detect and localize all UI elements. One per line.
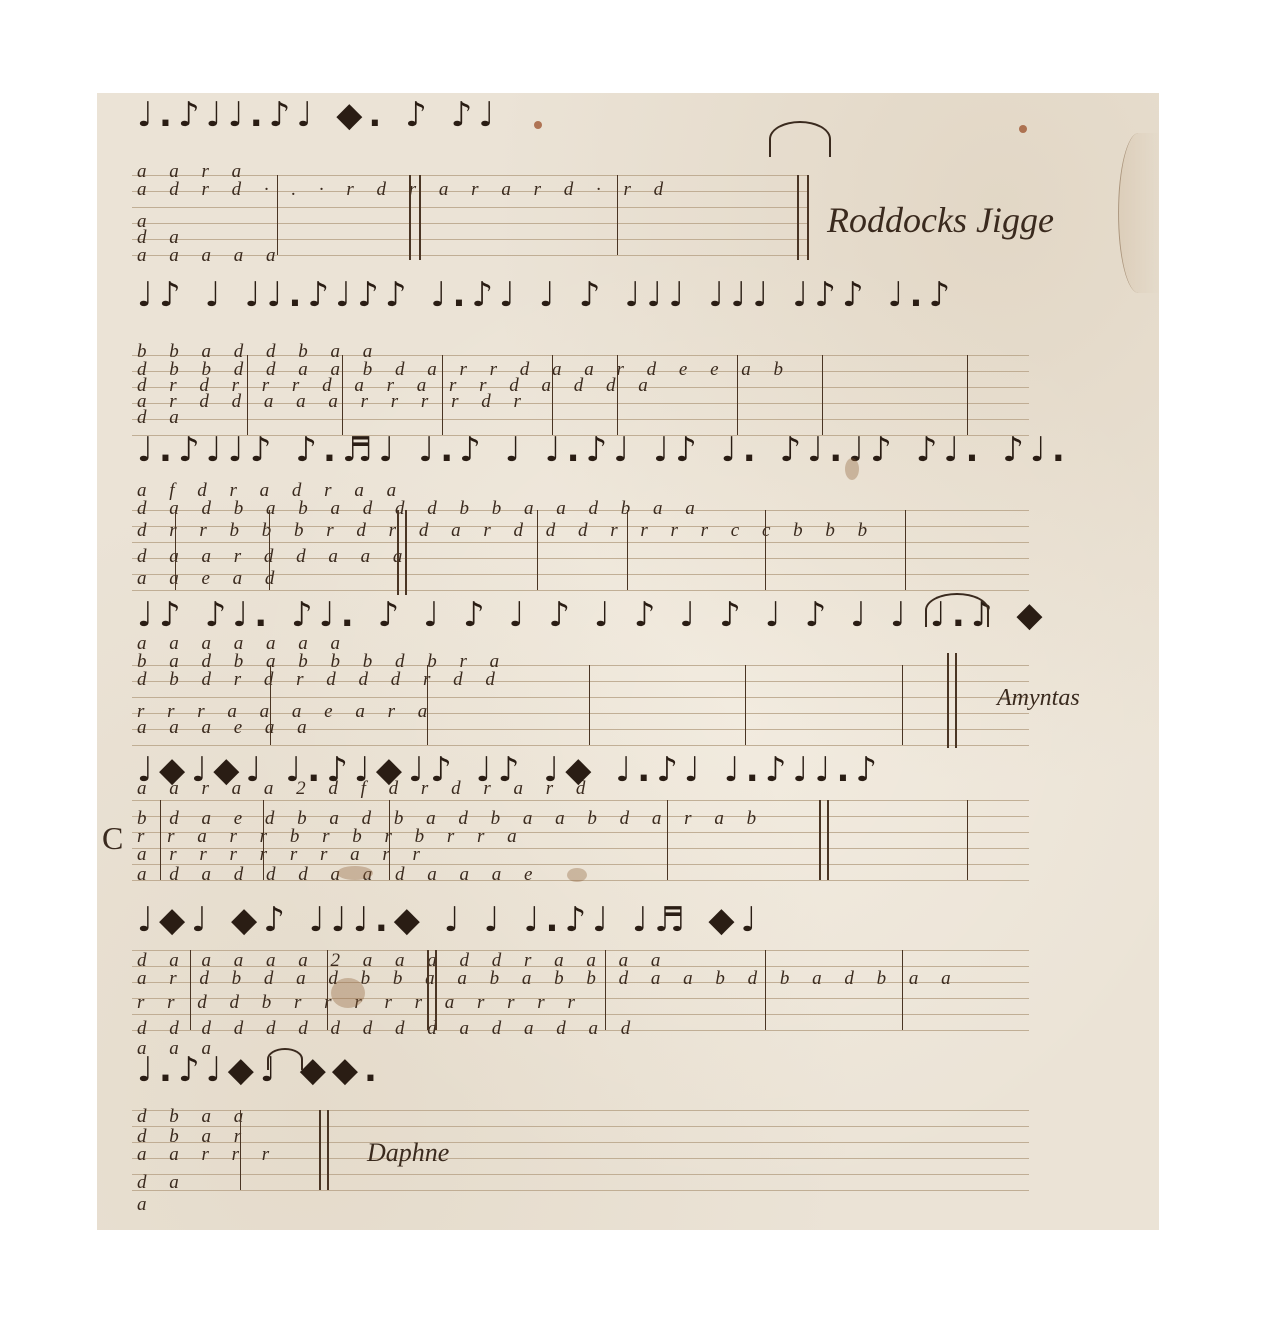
tab-row: d a — [137, 407, 188, 429]
double-barline — [947, 653, 949, 748]
tab-row: a a r a a 2 d f d r d r a r d — [137, 778, 594, 800]
double-barline — [405, 510, 407, 595]
double-barline — [807, 175, 809, 260]
ink-stain — [331, 978, 365, 1008]
barline — [269, 510, 270, 590]
tab-row: a r d d a a a r r r r d r — [137, 391, 530, 413]
barline — [902, 950, 903, 1030]
double-barline — [327, 1110, 329, 1190]
barline — [342, 355, 343, 435]
piece-title: Roddocks Jigge — [827, 199, 1054, 241]
tab-row: a a r r r — [137, 1144, 278, 1166]
margin-sketch — [1118, 133, 1159, 293]
piece-title: Amyntas — [997, 685, 1080, 712]
barline — [389, 800, 390, 880]
rhythm-flags: ♩♪ ♪♩. ♪♩. ♪ ♩ ♪ ♩ ♪ ♩ ♪ ♩ ♪ ♩ ♪ ♩ ♩ ♩.♪… — [137, 595, 1049, 635]
fermata-flourish — [925, 593, 989, 627]
tab-row: a r d b d a d b b a a b a b b d a a b d … — [137, 968, 960, 990]
barline — [270, 665, 271, 745]
tab-row: d d d d d d d d d d a d a d a d — [137, 1018, 639, 1040]
barline — [765, 510, 766, 590]
double-barline — [827, 800, 829, 880]
ink-stain — [567, 868, 587, 882]
fermata-flourish — [769, 121, 831, 157]
rhythm-flags: ♩.♪♩♩.♪♩ ◆. ♪ ♪♩ — [137, 95, 500, 135]
barline — [617, 175, 618, 255]
barline — [277, 175, 278, 255]
barline — [589, 665, 590, 745]
barline — [737, 355, 738, 435]
fermata-flourish — [267, 1048, 303, 1070]
tab-row: d b a a — [137, 1106, 252, 1128]
barline — [967, 355, 968, 435]
tab-row: a a a a a — [137, 245, 285, 267]
ink-stain — [845, 458, 859, 480]
barline — [667, 800, 668, 880]
double-barline — [409, 175, 411, 260]
rhythm-flags: ♩◆♩ ◆♪ ♩♩♩.◆ ♩ ♩ ♩.♪♩ ♩♬ ◆♩ — [137, 900, 763, 940]
manuscript-page: ♩.♪♩♩.♪♩ ◆. ♪ ♪♩ a a r a a d r d · . · r… — [97, 93, 1159, 1230]
double-barline — [419, 175, 421, 260]
ink-stain — [1019, 125, 1027, 133]
barline — [537, 510, 538, 590]
barline — [745, 665, 746, 745]
barline — [427, 665, 428, 745]
tab-row: d a d b a b a d d d b b a a d b a a — [137, 498, 704, 520]
tab-row: a a a e a a — [137, 717, 316, 739]
tab-row: a d r d · . · r d r a r a r d · r d — [137, 179, 672, 201]
barline — [822, 355, 823, 435]
double-barline — [319, 1110, 321, 1190]
double-barline — [435, 950, 437, 1030]
barline — [442, 355, 443, 435]
rhythm-flags: ♩.♪♩♩♪ ♪.♬♩ ♩.♪ ♩ ♩.♪♩ ♩♪ ♩. ♪♩.♩♪ ♪♩. ♪… — [137, 430, 1071, 470]
tab-row: a — [137, 1194, 156, 1216]
ink-stain — [534, 121, 542, 129]
tab-row: a a e a d — [137, 568, 283, 590]
rhythm-flags: ♩♪ ♩ ♩♩.♪♩♪♪ ♩.♪♩ ♩ ♪ ♩♩♩ ♩♩♩ ♩♪♪ ♩.♪ — [137, 275, 956, 315]
barline — [175, 510, 176, 590]
piece-title: Daphne — [367, 1138, 449, 1168]
tab-row: d a a r d d a a a — [137, 546, 411, 568]
barline — [617, 355, 618, 435]
tab-row: a r r r r r r a r r — [137, 844, 429, 866]
barline — [905, 510, 906, 590]
barline — [967, 800, 968, 880]
tab-row: d b d r d r d d d r d d — [137, 669, 504, 691]
rhythm-flags: ♩.♪♩◆♩ ◆◆. — [137, 1050, 383, 1090]
clef-mark: C — [102, 820, 123, 857]
barline — [605, 950, 606, 1030]
barline — [627, 510, 628, 590]
double-barline — [797, 175, 799, 260]
barline — [247, 355, 248, 435]
double-barline — [427, 950, 429, 1030]
barline — [552, 355, 553, 435]
barline — [902, 665, 903, 745]
barline — [190, 950, 191, 1030]
barline — [160, 800, 161, 880]
double-barline — [819, 800, 821, 880]
barline — [240, 1110, 241, 1190]
double-barline — [955, 653, 957, 748]
tab-row: d a — [137, 1172, 188, 1194]
barline — [263, 800, 264, 880]
ink-stain — [337, 866, 373, 880]
double-barline — [397, 510, 399, 595]
barline — [327, 950, 328, 1030]
barline — [765, 950, 766, 1030]
